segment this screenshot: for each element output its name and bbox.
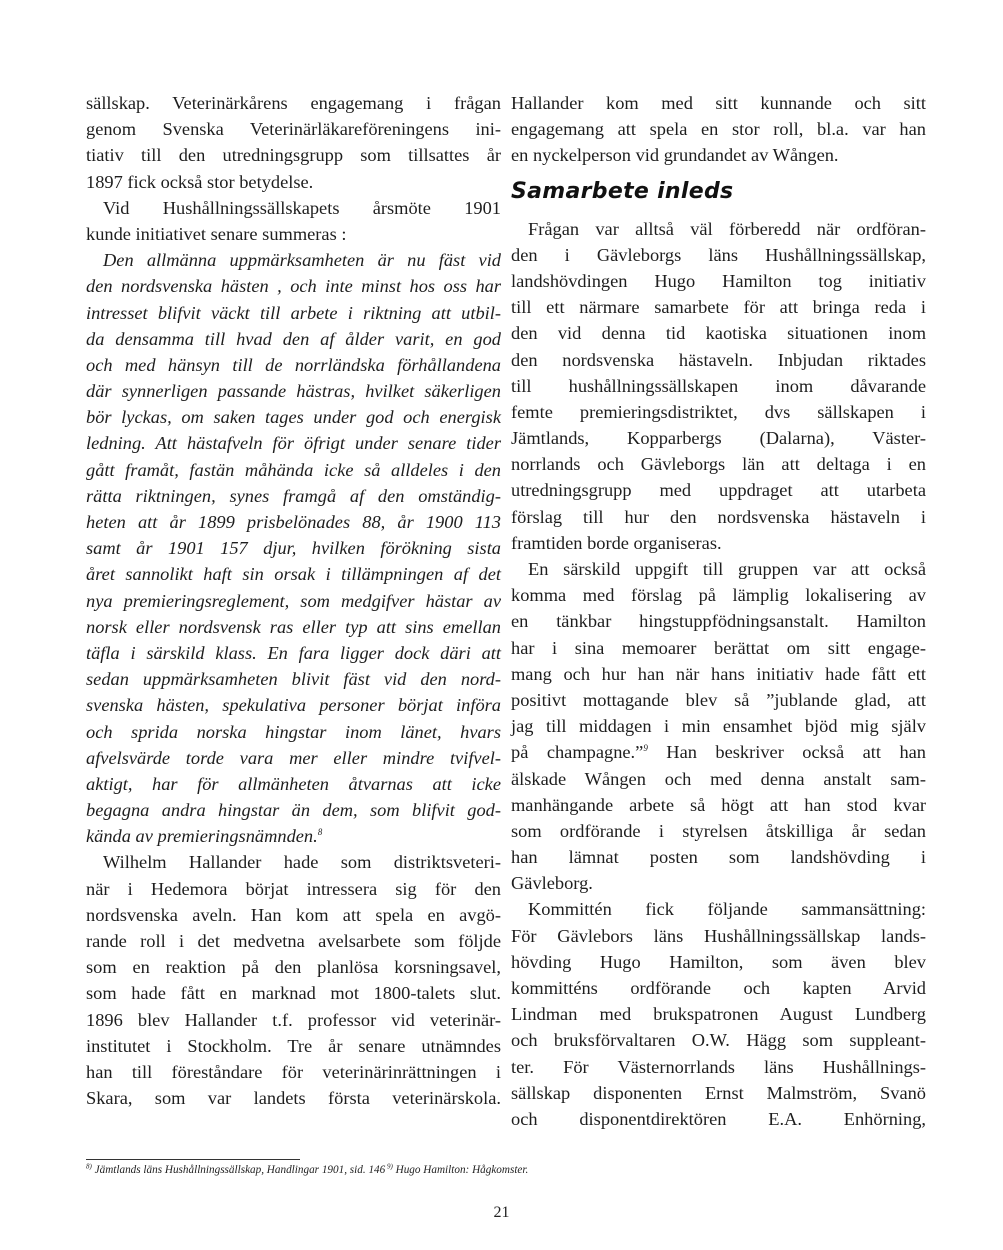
quote-line: Den allmänna uppmärksamheten är nu fäst … — [86, 247, 501, 273]
text-line: Frågan var alltså väl förberedd när ordf… — [511, 216, 926, 242]
paragraph-hallander: Wilhelm Hallander hade som distriktsvete… — [86, 849, 501, 1111]
text-line: Hallander kom med sitt kunnande och sitt — [511, 90, 926, 116]
quote-line: da densamma till hvad den af ålder varit… — [86, 326, 501, 352]
footnote-ref-8[interactable]: 8 — [318, 827, 323, 837]
text-line: sällskap disponenten Ernst Malmström, Sv… — [511, 1080, 926, 1106]
text-line: landshövdingen Hugo Hamilton tog initiat… — [511, 268, 926, 294]
footnote-divider — [86, 1159, 300, 1160]
quote-line: täfla i särskild klass. En fara ligger d… — [86, 640, 501, 666]
text-line: har i sina memoarer berättat om sitt eng… — [511, 635, 926, 661]
text-line: komma med förslag på lämplig lokaliserin… — [511, 582, 926, 608]
quote-line: och sprida norska hingstar inom länet, h… — [86, 719, 501, 745]
text-line: och disponentdirektören E.A. Enhörning, — [511, 1106, 926, 1132]
text-line: En särskild uppgift till gruppen var att… — [511, 556, 926, 582]
text-line: Kommittén fick följande sammansättning: — [511, 896, 926, 922]
quote-line: afvelsvärde torde vara mer eller mindre … — [86, 745, 501, 771]
text-line: Gävleborg. — [511, 870, 926, 896]
text-line: hövding Hugo Hamilton, som även blev — [511, 949, 926, 975]
text-line: han lämnat posten som landshövding i — [511, 844, 926, 870]
paragraph-sarskild-uppgift: En särskild uppgift till gruppen var att… — [511, 556, 926, 896]
quote-line: heten att år 1899 prisbelönades 88, år 1… — [86, 509, 501, 535]
quote-line: gått framåt, fastän måhända icke så alld… — [86, 457, 501, 483]
text-line: som en reaktion på den planlösa korsning… — [86, 954, 501, 980]
quote-line: där synnerligen passande hästras, hvilke… — [86, 378, 501, 404]
text-line: den i Gävleborgs läns Hushållningssällsk… — [511, 242, 926, 268]
quote-line: sedan uppmärksamheten blivit fäst vid de… — [86, 666, 501, 692]
quote-line: bör lyckas, om saken tages under god och… — [86, 404, 501, 430]
paragraph-arsmote: Vid Hushållningssällskapets årsmöte 1901… — [86, 195, 501, 247]
text-line: den nordsvenska hästaveln. Inbjudan rikt… — [511, 347, 926, 373]
text-line: han till föreståndare för veterinärinrät… — [86, 1059, 501, 1085]
text-line: genom Svenska Veterinärläkareföreningens… — [86, 116, 501, 142]
quote-line-text: kända av premieringsnämnden. — [86, 826, 318, 846]
text-line: Vid Hushållningssällskapets årsmöte 1901 — [86, 195, 501, 221]
text-line: den vid denna tid kaotiska situationen i… — [511, 320, 926, 346]
quote-line: aktigt, har för allmänheten åtvarnas att… — [86, 771, 501, 797]
quote-line: den nordsvenska hästen , och inte minst … — [86, 273, 501, 299]
left-column: sällskap. Veterinärkårens engagemang i f… — [86, 90, 501, 1111]
text-line: älskade Wången och med denna anstalt sam… — [511, 766, 926, 792]
quote-last-line: kända av premieringsnämnden.8 — [86, 823, 501, 849]
text-line: ter. För Västernorrlands läns Hushållnin… — [511, 1054, 926, 1080]
text-line: när i Hedemora börjat intressera sig för… — [86, 876, 501, 902]
quote-line: norsk eller nordsvensk ras eller typ att… — [86, 614, 501, 640]
paragraph-kommitten: Kommittén fick följande sammansättning: … — [511, 896, 926, 1132]
quote-line: nya premieringsreglement, som medgifver … — [86, 588, 501, 614]
text-line: 1896 blev Hallander t.f. professor vid v… — [86, 1007, 501, 1033]
quote-line: rätta riktningen, synes framgå af den om… — [86, 483, 501, 509]
text-segment: Han beskriver också att han — [648, 742, 926, 762]
quote-line: begagna andra hingstar än dem, som blifv… — [86, 797, 501, 823]
footnote-text-8: Jämtlands läns Hushållningssällskap, Han… — [92, 1164, 385, 1176]
text-line: Jämtlands, Kopparbergs (Dalarna), Väster… — [511, 425, 926, 451]
text-line: rande roll i det medvetna avelsarbete so… — [86, 928, 501, 954]
text-line: manhängande arbete så högt att han stod … — [511, 792, 926, 818]
text-line: nordsvenska aveln. Han kom att spela en … — [86, 902, 501, 928]
text-line: som ordförande i styrelsen åtskilliga år… — [511, 818, 926, 844]
quote-line: samt år 1901 157 djur, hvilken förökning… — [86, 535, 501, 561]
text-line: positivt mottagande blev så ”jublande gl… — [511, 687, 926, 713]
text-line: Lindman med brukspatronen August Lundber… — [511, 1001, 926, 1027]
quote-line: ledning. Att hästafveln för öfrigt under… — [86, 430, 501, 456]
text-line: som hade fått en marknad mot 1800-talets… — [86, 980, 501, 1006]
text-line: framtiden borde organiseras. — [511, 530, 926, 556]
text-line: Wilhelm Hallander hade som distriktsvete… — [86, 849, 501, 875]
section-heading: Samarbete inleds — [511, 179, 926, 205]
text-line: 1897 fick också stor betydelse. — [86, 169, 501, 195]
text-line: sällskap. Veterinärkårens engagemang i f… — [86, 90, 501, 116]
quote-line: intresset blifvit väckt till arbete i ri… — [86, 300, 501, 326]
block-quote: Den allmänna uppmärksamheten är nu fäst … — [86, 247, 501, 849]
text-line: jag till middagen i min ensamhet bjöd mi… — [511, 713, 926, 739]
text-line: engagemang att spela en stor roll, bl.a.… — [511, 116, 926, 142]
text-line: institutet i Stockholm. Tre år senare ut… — [86, 1033, 501, 1059]
text-line: kunde initiativet senare summeras : — [86, 221, 501, 247]
footnote-marker-9: 9) — [385, 1162, 393, 1170]
text-line: till hushållningssällskapen inom dåvaran… — [511, 373, 926, 399]
text-line: förslag till hur den nordsvenska hästave… — [511, 504, 926, 530]
text-line: tiativ till den utredningsgrupp som till… — [86, 142, 501, 168]
right-column: Hallander kom med sitt kunnande och sitt… — [511, 90, 926, 1132]
text-line: För Gävlebors läns Hushållningssällskap … — [511, 923, 926, 949]
text-line: och bruksförvaltaren O.W. Hägg som suppl… — [511, 1027, 926, 1053]
quote-line: året sannolikt haft sin orsak i tillämpn… — [86, 561, 501, 587]
text-line-with-footnote: på champagne.”9 Han beskriver också att … — [511, 739, 926, 765]
text-segment: på champagne.” — [511, 742, 643, 762]
footnote-text-9: Hugo Hamilton: Hågkomster. — [393, 1164, 528, 1176]
quote-line: och med hänsyn till de norrländska förhå… — [86, 352, 501, 378]
text-line: en nyckelperson vid grundandet av Wången… — [511, 142, 926, 168]
paragraph-veterinarkaren: sällskap. Veterinärkårens engagemang i f… — [86, 90, 501, 195]
text-line: femte premieringsdistriktet, dvs sällska… — [511, 399, 926, 425]
text-line: mang och hur han när hans initiativ hade… — [511, 661, 926, 687]
paragraph-fragan: Frågan var alltså väl förberedd när ordf… — [511, 216, 926, 556]
text-line: utredningsgrupp med uppdraget att utarbe… — [511, 477, 926, 503]
quote-line: svenska hästen, spekulativa personer bör… — [86, 692, 501, 718]
footnotes: 8) Jämtlands läns Hushållningssällskap, … — [86, 1164, 528, 1176]
text-line: norrlands och Gävleborgs län att deltaga… — [511, 451, 926, 477]
text-line: Skara, som var landets första veterinärs… — [86, 1085, 501, 1111]
text-line: en tänkbar hingstuppfödningsanstalt. Ham… — [511, 608, 926, 634]
text-line: kommitténs ordförande och kapten Arvid — [511, 975, 926, 1001]
page-number: 21 — [0, 1204, 1003, 1222]
document-page: sällskap. Veterinärkårens engagemang i f… — [0, 0, 1003, 1250]
paragraph-hallander-continued: Hallander kom med sitt kunnande och sitt… — [511, 90, 926, 169]
text-line: till ett närmare samarbete för att bring… — [511, 294, 926, 320]
